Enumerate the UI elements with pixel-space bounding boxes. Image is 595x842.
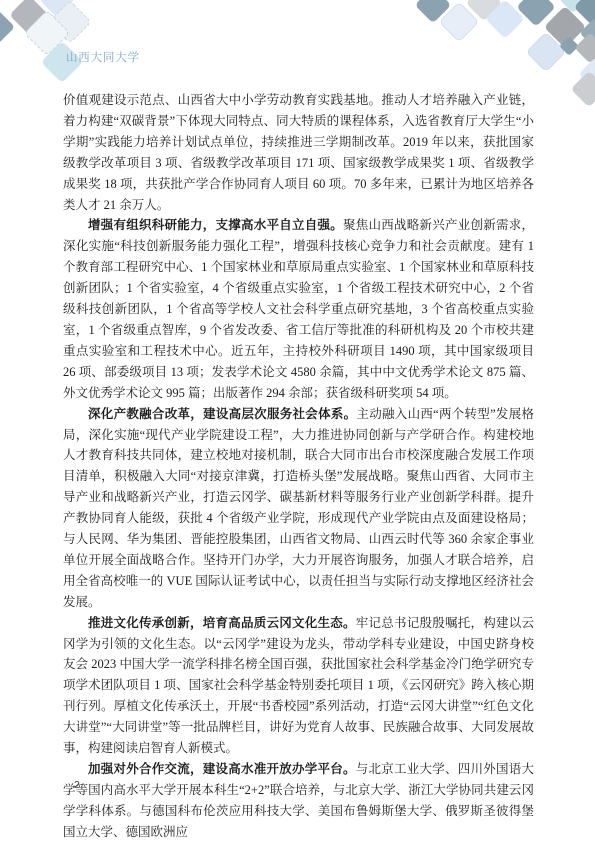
diamond-decor (578, 58, 595, 89)
paragraph-lead: 推进文化传承创新，培育高品质云冈文化生态。 (88, 616, 356, 630)
diamond-decor (0, 10, 15, 44)
body-paragraph: 加强对外合作交流，建设高水准开放办学平台。与北京工业大学、四川外国语大学等国内高… (63, 759, 534, 842)
diamond-decor (571, 71, 595, 108)
diamond-decor (574, 32, 595, 63)
diamond-decor (516, 0, 556, 27)
university-name: 山西大同大学 (66, 49, 140, 65)
diamond-decor (544, 6, 586, 48)
diamond-decor (559, 36, 579, 56)
paragraph-text: 聚焦山西战略新兴产业创新需求，深化实施“科技创新服务能力强化工程”，增强科技核心… (63, 218, 534, 399)
body-paragraph: 价值观建设示范点、山西省大中小学劳动教育实践基地。推动人才培养融入产业链，着力构… (63, 90, 534, 215)
diamond-decor (485, 0, 525, 39)
diamond-decor (24, 10, 69, 55)
paragraph-lead: 增强有组织科研能力，支撑高水平自立自强。 (88, 218, 343, 232)
body-paragraph: 深化产教融合改革，建设高层次服务社会体系。主动融入山西“两个转型”发展格局，深化… (63, 404, 534, 613)
diamond-decor (49, 1, 91, 43)
document-page: 山西大同大学 价值观建设示范点、山西省大中小学劳动教育实践基地。推动人才培养融入… (0, 0, 595, 842)
diamond-decor (526, 32, 566, 72)
body-paragraph: 增强有组织科研能力，支撑高水平自立自强。聚焦山西战略新兴产业创新需求，深化实施“… (63, 215, 534, 403)
paragraph-lead: 深化产教融合改革，建设高层次服务社会体系。 (88, 407, 356, 421)
paragraph-text: 主动融入山西“两个转型”发展格局，深化实施“现代产业学院建设工程”，大力推进协同… (63, 407, 534, 609)
diamond-decor (415, 0, 452, 23)
diamond-decor (574, 0, 595, 25)
diamond-decor (39, 0, 76, 17)
document-body: 价值观建设示范点、山西省大中小学劳动教育实践基地。推动人才培养融入产业链，着力构… (63, 90, 534, 842)
diamond-decor (559, 0, 587, 13)
paragraph-lead: 加强对外合作交流，建设高水准开放办学平台。 (88, 762, 356, 776)
paragraph-text: 牢记总书记殷殷嘱托，构建以云冈学为引领的文化生态。以“云冈学”建设为龙头，带动学… (63, 616, 534, 755)
diamond-decor (9, 0, 49, 35)
paragraph-text: 价值观建设示范点、山西省大中小学劳动教育实践基地。推动人才培养融入产业链，着力构… (63, 93, 534, 212)
page-number: 2 (74, 779, 80, 791)
diamond-decor (579, 17, 595, 48)
body-paragraph: 推进文化传承创新，培育高品质云冈文化生态。牢记总书记殷殷嘱托，构建以云冈学为引领… (63, 613, 534, 759)
diamond-decor (466, 0, 503, 21)
diamond-decor (439, 2, 479, 42)
